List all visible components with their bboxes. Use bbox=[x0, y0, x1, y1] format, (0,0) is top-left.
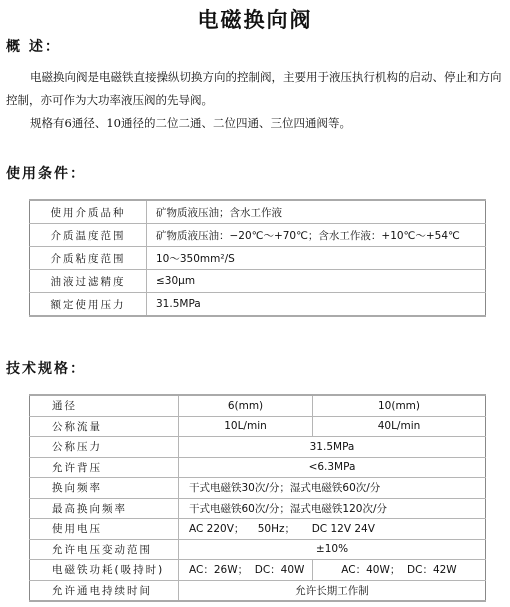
row-value: 矿物质液压油：−20℃～+70℃；含水工作液：+10℃～+54℃ bbox=[147, 224, 486, 247]
row-label: 公称压力 bbox=[30, 437, 179, 458]
row-value: 31.5MPa bbox=[147, 293, 486, 317]
row-label: 使用电压 bbox=[30, 519, 179, 540]
table-row: 最高换向频率 干式电磁铁60次/分；湿式电磁铁120次/分 bbox=[30, 498, 486, 519]
row-label: 换向频率 bbox=[30, 478, 179, 499]
row-value-10mm: AC：40W； DC：42W bbox=[313, 560, 486, 581]
table-row: 油液过滤精度 ≤30μm bbox=[30, 270, 486, 293]
row-label: 允许背压 bbox=[30, 457, 179, 478]
row-label: 公称流量 bbox=[30, 416, 179, 437]
row-value: AC 220V； 50Hz； DC 12V 24V bbox=[179, 519, 486, 540]
row-value: 10～350mm²/S bbox=[147, 247, 486, 270]
table-row: 允许通电持续时间 允许长期工作制 bbox=[30, 580, 486, 601]
row-value-6mm: 10L/min bbox=[179, 416, 313, 437]
table-row: 允许背压 <6.3MPa bbox=[30, 457, 486, 478]
overview-paragraph-1: 电磁换向阀是电磁铁直接操纵切换方向的控制阀，主要用于液压执行机构的启动、停止和方… bbox=[6, 66, 506, 112]
table-row: 使用电压 AC 220V； 50Hz； DC 12V 24V bbox=[30, 519, 486, 540]
overview-paragraph-2: 规格有6通径、10通径的二位二通、二位四通、三位四通阀等。 bbox=[6, 112, 506, 135]
row-label: 介质粘度范围 bbox=[30, 247, 147, 270]
row-label: 电磁铁功耗(吸持时) bbox=[30, 560, 179, 581]
table-row: 使用介质品种 矿物质液压油；含水工作液 bbox=[30, 200, 486, 224]
row-value: 允许长期工作制 bbox=[179, 580, 486, 601]
specs-table: 通径 6(mm) 10(mm) 公称流量 10L/min 40L/min 公称压… bbox=[29, 394, 486, 602]
row-value: 矿物质液压油；含水工作液 bbox=[147, 200, 486, 224]
table-row: 额定使用压力 31.5MPa bbox=[30, 293, 486, 317]
table-row: 允许电压变动范围 ±10% bbox=[30, 539, 486, 560]
row-label: 介质温度范围 bbox=[30, 224, 147, 247]
row-value-10mm: 40L/min bbox=[313, 416, 486, 437]
overview-heading: 概 述： bbox=[6, 36, 61, 56]
page-title: 电磁换向阀 bbox=[0, 4, 510, 34]
row-value: ±10% bbox=[179, 539, 486, 560]
table-row: 电磁铁功耗(吸持时) AC：26W； DC：40W AC：40W； DC：42W bbox=[30, 560, 486, 581]
row-label: 允许电压变动范围 bbox=[30, 539, 179, 560]
table-row: 介质温度范围 矿物质液压油：−20℃～+70℃；含水工作液：+10℃～+54℃ bbox=[30, 224, 486, 247]
row-label: 油液过滤精度 bbox=[30, 270, 147, 293]
conditions-table: 使用介质品种 矿物质液压油；含水工作液 介质温度范围 矿物质液压油：−20℃～+… bbox=[29, 199, 486, 317]
row-label: 最高换向频率 bbox=[30, 498, 179, 519]
table-row: 公称流量 10L/min 40L/min bbox=[30, 416, 486, 437]
overview-text: 电磁换向阀是电磁铁直接操纵切换方向的控制阀，主要用于液压执行机构的启动、停止和方… bbox=[6, 66, 506, 135]
table-row: 换向频率 干式电磁铁30次/分；湿式电磁铁60次/分 bbox=[30, 478, 486, 499]
row-value: <6.3MPa bbox=[179, 457, 486, 478]
row-value: 31.5MPa bbox=[179, 437, 486, 458]
row-label: 额定使用压力 bbox=[30, 293, 147, 317]
row-label: 使用介质品种 bbox=[30, 200, 147, 224]
row-label: 通径 bbox=[30, 395, 179, 416]
row-value: 干式电磁铁30次/分；湿式电磁铁60次/分 bbox=[179, 478, 486, 499]
row-value: ≤30μm bbox=[147, 270, 486, 293]
row-value-10mm: 10(mm) bbox=[313, 395, 486, 416]
row-label: 允许通电持续时间 bbox=[30, 580, 179, 601]
row-value: 干式电磁铁60次/分；湿式电磁铁120次/分 bbox=[179, 498, 486, 519]
conditions-heading: 使用条件： bbox=[6, 163, 86, 183]
row-value-6mm: AC：26W； DC：40W bbox=[179, 560, 313, 581]
specs-heading: 技术规格： bbox=[6, 358, 86, 378]
table-row: 介质粘度范围 10～350mm²/S bbox=[30, 247, 486, 270]
table-row: 通径 6(mm) 10(mm) bbox=[30, 395, 486, 416]
row-value-6mm: 6(mm) bbox=[179, 395, 313, 416]
table-row: 公称压力 31.5MPa bbox=[30, 437, 486, 458]
